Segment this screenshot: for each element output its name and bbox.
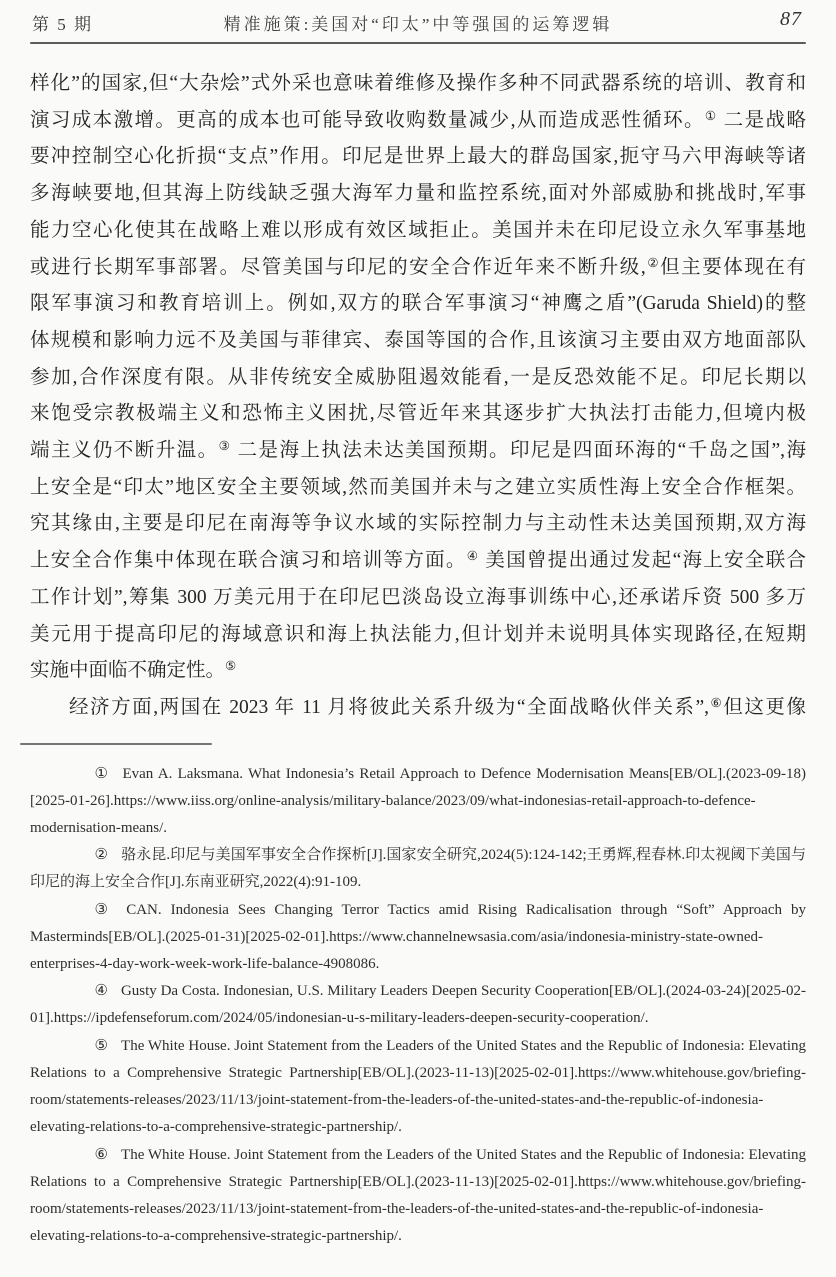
body-line: 能力空心化使其在战略上难以形成有效区域拒止。美国并未在印尼设立永久军事基地 — [30, 213, 806, 250]
body-line: 工作计划”,筹集 300 万美元用于在印尼巴淡岛设立海事训练中心,还承诺斥资 5… — [30, 580, 806, 617]
body-line: 样化”的国家,但“大杂烩”式外采也意味着维修及操作多种不同武器系统的培训、教育和 — [30, 66, 806, 103]
footnote-number: ④ — [95, 983, 108, 999]
body-text: 样化”的国家,但“大杂烩”式外采也意味着维修及操作多种不同武器系统的培训、教育和… — [30, 66, 806, 727]
footnote-divider — [20, 743, 212, 745]
body-line: 实施中面临不确定性。⑤ — [30, 653, 806, 690]
footnote-ref-marker: ③ — [219, 439, 232, 453]
body-line: 究其缘由,主要是印尼在南海等争议水域的实际控制力与主动性未达美国预期,双方海 — [30, 506, 806, 543]
body-line: 演习成本激增。更高的成本也可能导致收购数量减少,从而造成恶性循环。① 二是战略 — [30, 103, 806, 140]
body-line: 参加,合作深度有限。从非传统安全威胁阻遏效能看,一是反恐效能不足。印尼长期以 — [30, 360, 806, 397]
footnote-number: ① — [95, 766, 110, 782]
footnotes-list: ①Evan A. Laksmana. What Indonesia’s Reta… — [30, 761, 806, 1251]
footnote-ref-marker: ⑤ — [225, 659, 236, 673]
footnote-item: ④Gusty Da Costa. Indonesian, U.S. Milita… — [30, 978, 806, 1032]
footnote-ref-marker: ② — [646, 256, 660, 270]
footnote-item: ⑥The White House. Joint Statement from t… — [30, 1142, 806, 1251]
body-line: 美元用于提高印尼的海域意识和海上执法能力,但计划并未说明具体实现路径,在短期 — [30, 617, 806, 654]
body-line: 经济方面,两国在 2023 年 11 月将彼此关系升级为“全面战略伙伴关系”,⑥… — [30, 690, 806, 727]
body-line: 上安全合作集中体现在联合演习和培训等方面。④ 美国曾提出通过发起“海上安全联合 — [30, 543, 806, 580]
page-header: 第 5 期 精准施策:美国对“印太”中等强国的运筹逻辑 87 — [30, 6, 806, 36]
header-divider — [30, 42, 806, 44]
body-line: 上安全是“印太”地区安全主要领域,然而美国并未与之建立实质性海上安全合作框架。 — [30, 470, 806, 507]
footnote-number: ⑥ — [95, 1147, 109, 1163]
footnote-number: ② — [95, 847, 109, 863]
footnote-ref-marker: ⑥ — [709, 696, 723, 710]
body-line: 或进行长期军事部署。尽管美国与印尼的安全合作近年来不断升级,②但主要体现在有 — [30, 250, 806, 287]
footnote-item: ⑤The White House. Joint Statement from t… — [30, 1033, 806, 1142]
footnote-number: ⑤ — [95, 1038, 109, 1054]
running-title: 精准施策:美国对“印太”中等强国的运筹逻辑 — [30, 10, 806, 35]
footnote-ref-marker: ④ — [467, 549, 480, 563]
footnote-number: ③ — [95, 902, 114, 918]
body-line: 限军事演习和教育培训上。例如,双方的联合军事演习“神鹰之盾”(Garuda Sh… — [30, 286, 806, 323]
body-line: 体规模和影响力远不及美国与菲律宾、泰国等国的合作,且该演习主要由双方地面部队 — [30, 323, 806, 360]
footnote-ref-marker: ① — [705, 109, 718, 123]
footnote-item: ②骆永昆.印尼与美国军事安全合作探析[J].国家安全研究,2024(5):124… — [30, 842, 806, 896]
footnote-item: ①Evan A. Laksmana. What Indonesia’s Reta… — [30, 761, 806, 843]
footnote-item: ③CAN. Indonesia Sees Changing Terror Tac… — [30, 897, 806, 979]
body-line: 多海峡要地,但其海上防线缺乏强大海军力量和监控系统,面对外部威胁和挑战时,军事 — [30, 176, 806, 213]
body-line: 要冲控制空心化折损“支点”作用。印尼是世界上最大的群岛国家,扼守马六甲海峡等诸 — [30, 139, 806, 176]
journal-page: 第 5 期 精准施策:美国对“印太”中等强国的运筹逻辑 87 样化”的国家,但“… — [0, 0, 836, 1277]
body-line: 来饱受宗教极端主义和恐怖主义困扰,尽管近年来其逐步扩大执法打击能力,但境内极 — [30, 396, 806, 433]
page-number: 87 — [780, 8, 802, 31]
body-line: 端主义仍不断升温。③ 二是海上执法未达美国预期。印尼是四面环海的“千岛之国”,海 — [30, 433, 806, 470]
